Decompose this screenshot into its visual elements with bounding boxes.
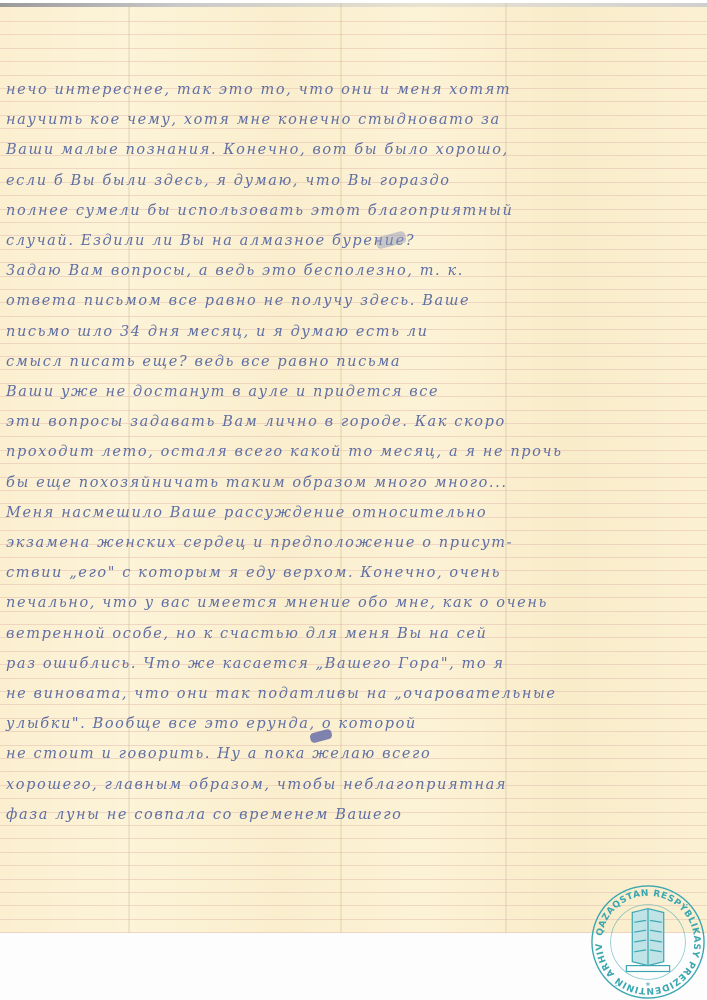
- letter-line: полнее сумели бы использовать этот благо…: [6, 203, 513, 219]
- ruled-line: [0, 34, 707, 35]
- letter-line: Задаю Вам вопросы, а ведь это бесполезно…: [6, 263, 464, 279]
- ruled-line: [0, 530, 707, 531]
- letter-line: не виновата, что они так податливы на „о…: [6, 686, 557, 702]
- archive-stamp: QAZAQSTAN RESPÝBLIKASY PREZIDENTINIŃ ARH…: [589, 883, 707, 1000]
- letter-line: улыбки". Вообще все это ерунда, о которо…: [6, 716, 417, 732]
- letter-line: экзамена женских сердец и предположение …: [6, 535, 513, 551]
- letter-line: не стоит и говорить. Ну а пока желаю все…: [6, 746, 431, 762]
- letter-line: нечо интереснее, так это то, что они и м…: [6, 82, 511, 98]
- ruled-line: [0, 678, 707, 679]
- ruled-line: [0, 168, 707, 169]
- letter-line: хорошего, главным образом, чтобы неблаго…: [6, 777, 507, 793]
- ruled-line: [0, 771, 707, 772]
- letter-line: ствии „его" с которым я еду верхом. Коне…: [6, 565, 501, 581]
- ruled-line: [0, 195, 707, 196]
- archive-building-icon: [626, 909, 669, 972]
- ruled-line: [0, 798, 707, 799]
- letter-page: нечо интереснее, так это то, что они и м…: [0, 3, 707, 933]
- ruled-line: [0, 838, 707, 839]
- ruled-line: [0, 343, 707, 344]
- letter-line: Ваши малые познания. Конечно, вот бы был…: [6, 142, 509, 158]
- letter-line: раз ошиблись. Что же касается „Вашего Го…: [6, 656, 505, 672]
- ruled-line: [0, 557, 707, 558]
- ruled-line: [0, 101, 707, 102]
- ruled-line: [0, 825, 707, 826]
- letter-line: печально, что у вас имеется мнение обо м…: [6, 595, 548, 611]
- ruled-line: [0, 704, 707, 705]
- letter-line: случай. Ездили ли Вы на алмазное бурение…: [6, 233, 415, 249]
- ruled-line: [0, 21, 707, 22]
- letter-line: бы еще похозяйничать таким образом много…: [6, 475, 508, 491]
- ruled-line: [0, 651, 707, 652]
- ruled-line: [0, 48, 707, 49]
- ruled-line: [0, 128, 707, 129]
- ruled-line: [0, 436, 707, 437]
- letter-line: фаза луны не совпала со временем Вашего: [6, 807, 402, 823]
- letter-line: ветренной особе, но к счастью для меня В…: [6, 626, 487, 642]
- ruled-line: [0, 879, 707, 880]
- letter-line: проходит лето, осталя всего какой то мес…: [6, 444, 563, 460]
- ruled-line: [0, 289, 707, 290]
- letter-line: научить кое чему, хотя мне конечно стыдн…: [6, 112, 501, 128]
- ruled-line: [0, 410, 707, 411]
- letter-line: если б Вы были здесь, я думаю, что Вы го…: [6, 173, 451, 189]
- ruled-line: [0, 463, 707, 464]
- ruled-line: [0, 222, 707, 223]
- stamp-star: *: [646, 982, 651, 992]
- letter-line: ответа письмом все равно не получу здесь…: [6, 293, 470, 309]
- letter-line: письмо шло 34 дня месяц, и я думаю есть …: [6, 324, 429, 340]
- ruled-line: [0, 61, 707, 62]
- letter-line: эти вопросы задавать Вам лично в городе.…: [6, 414, 506, 430]
- ruled-line: [0, 75, 707, 76]
- ruled-line: [0, 316, 707, 317]
- letter-line: Ваши уже не достанут в ауле и придется в…: [6, 384, 439, 400]
- ruled-line: [0, 865, 707, 866]
- letter-line: Меня насмешило Ваше рассуждение относите…: [6, 505, 487, 521]
- ruled-line: [0, 584, 707, 585]
- letter-line: смысл писать еще? ведь все равно письма: [6, 354, 401, 370]
- ruled-line: [0, 852, 707, 853]
